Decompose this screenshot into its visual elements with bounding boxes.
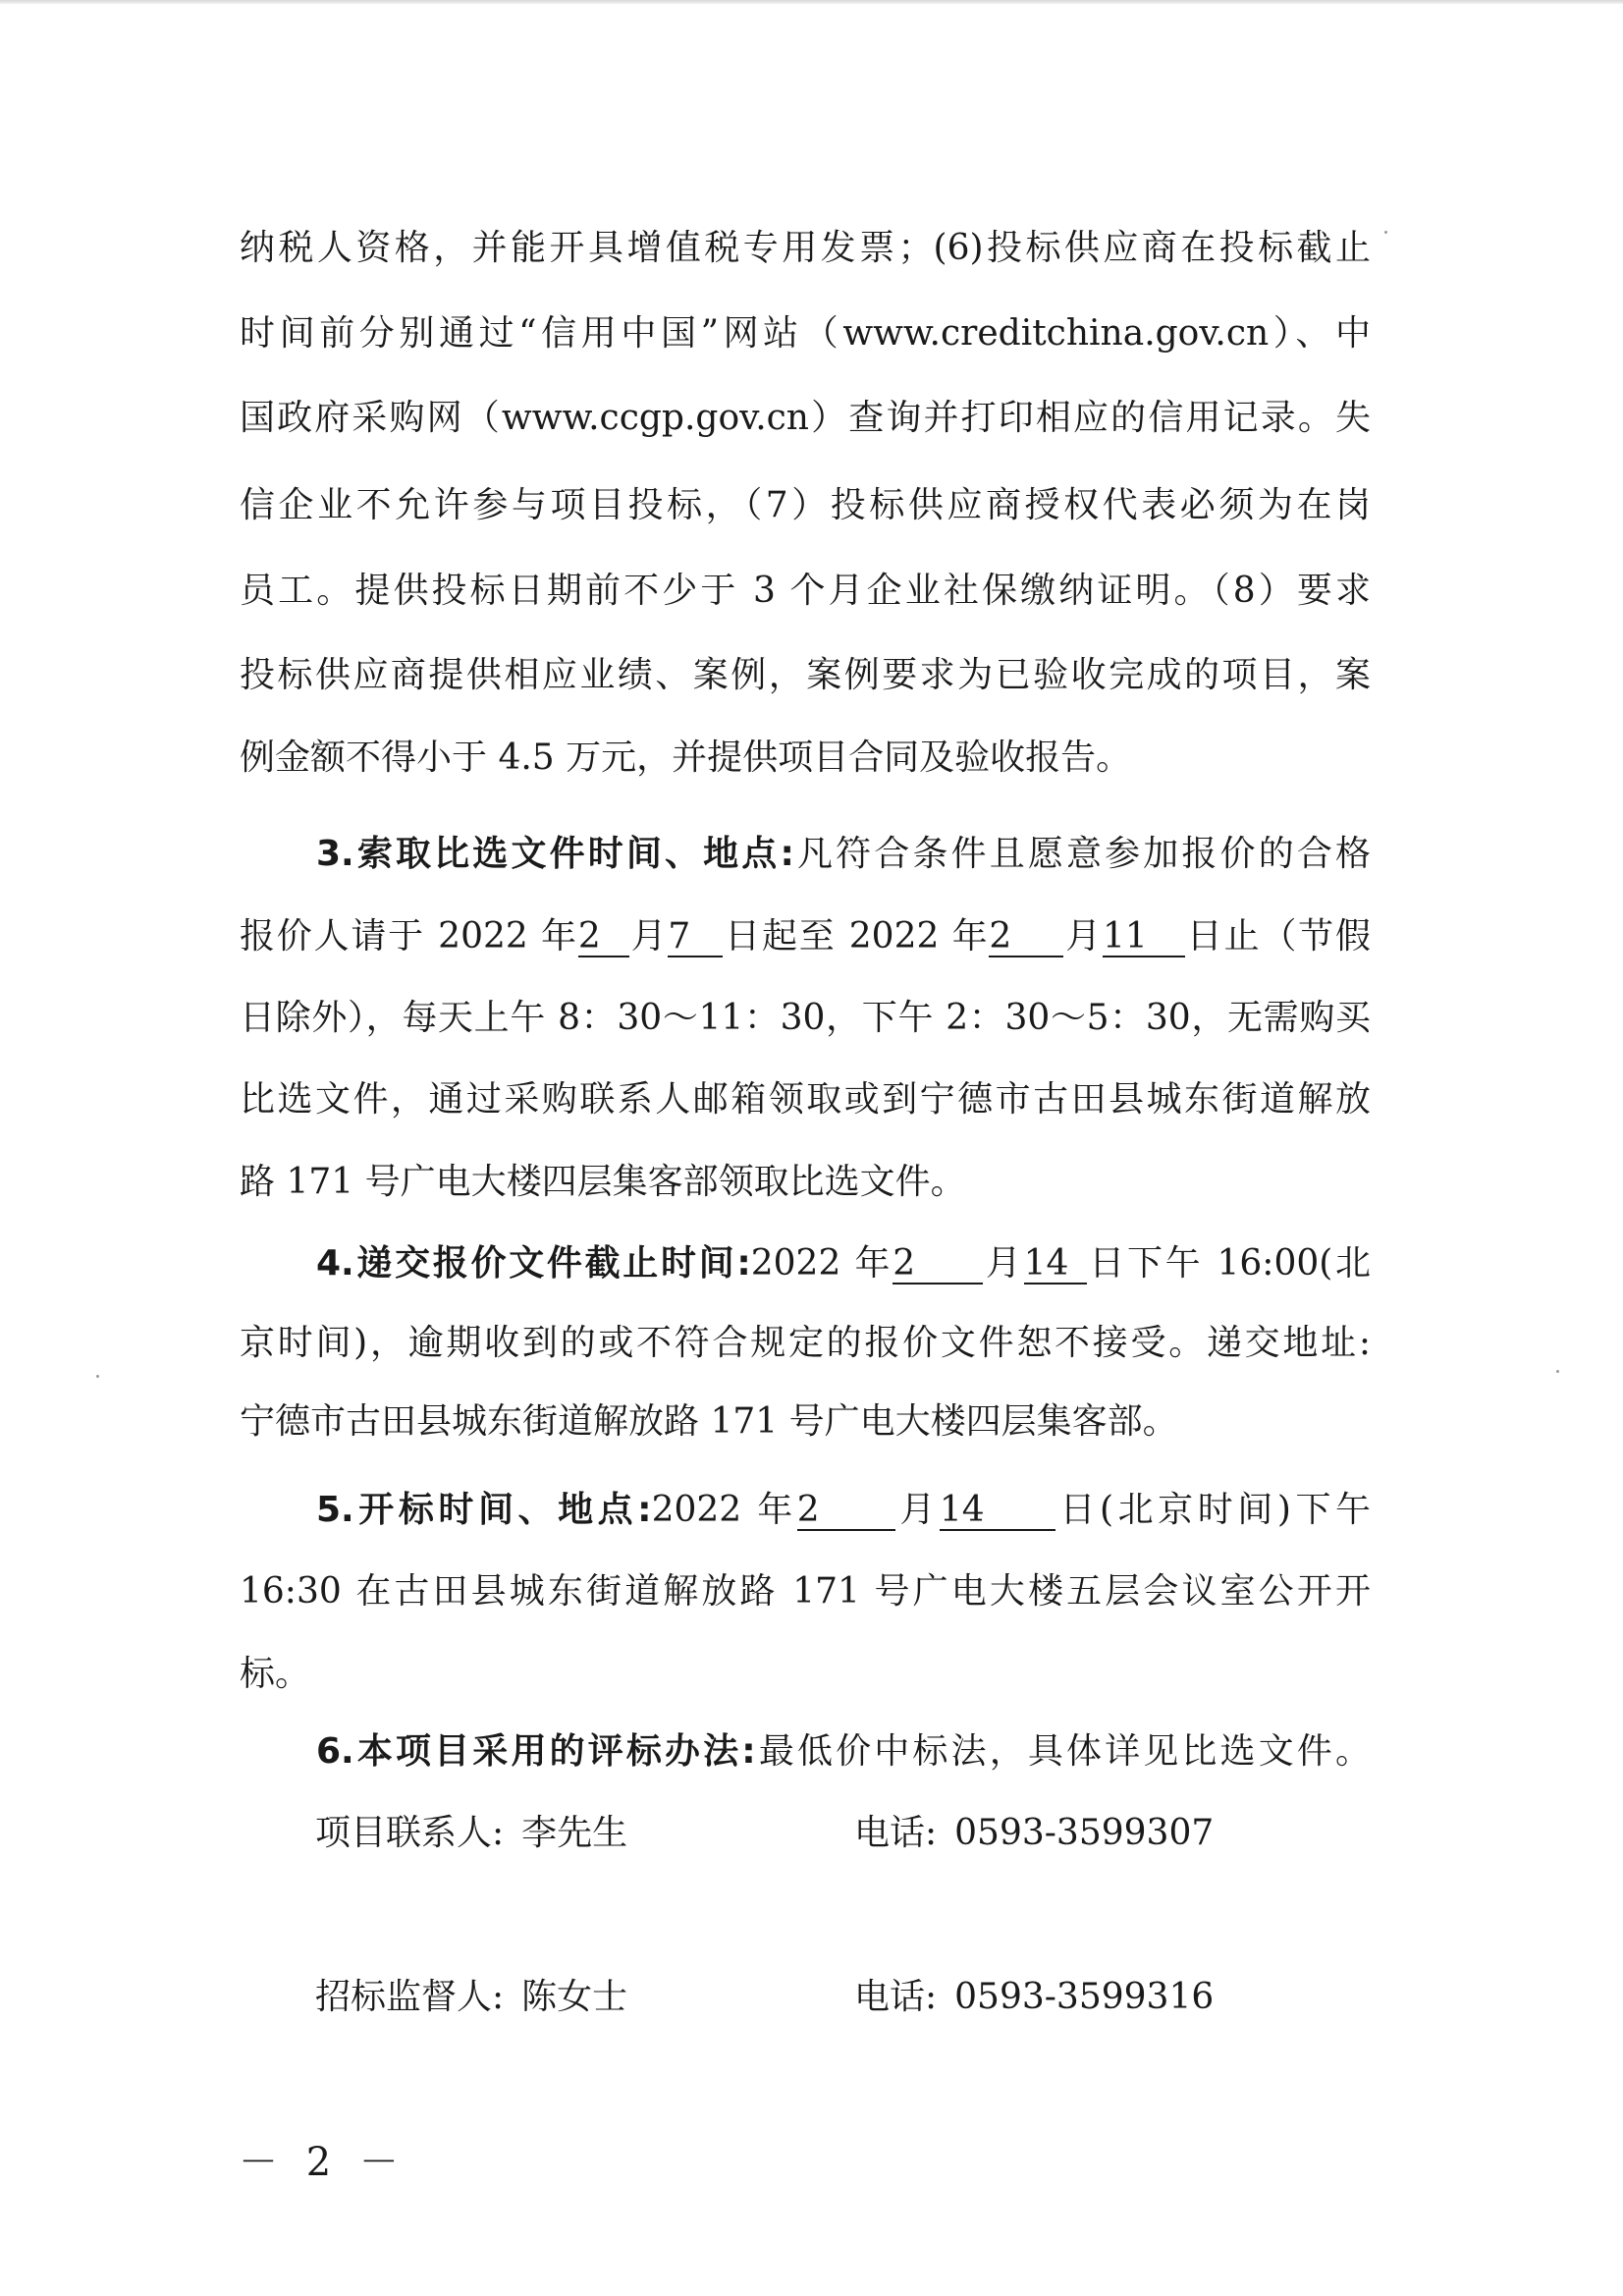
start-month-blank: 2 [578,918,629,957]
month-blank: 2 [893,1245,983,1285]
section-5-line-3: 标。 [240,1653,1371,1696]
contact-phone: 电话: 0593-3599307 [854,1812,1214,1855]
section-6-heading: 6.本项目采用的评标办法: [316,1731,756,1772]
day-blank: 14 [1024,1245,1087,1285]
contact-role-name: 项目联系人: 李先生 [315,1812,627,1855]
contact-phone: 电话: 0593-3599316 [854,1976,1214,2019]
paragraph-line: 纳税人资格，并能开具增值税专用发票；(6)投标供应商在投标截止 [240,227,1371,270]
date-suffix: 日(北京时间)下午 [1055,1490,1371,1530]
contact-name: 陈女士 [521,1977,627,2017]
phone-number: 0593-3599316 [954,1977,1214,2017]
scan-speck [1556,1370,1559,1373]
section-5-line-2: 16:30 在古田县城东街道解放路 171 号广电大楼五层会议室公开开 [240,1570,1371,1613]
end-day-blank: 11 [1103,918,1185,957]
month-label: 月 [629,916,669,957]
scan-speck [96,1375,99,1378]
date-prefix: 2022 年 [652,1490,797,1530]
scan-speck [1384,231,1387,234]
month-label: 月 [983,1243,1023,1284]
section-4-heading: 4.递交报价文件截止时间: [316,1243,751,1284]
paragraph-line: 国政府采购网（www.ccgp.gov.cn）查询并打印相应的信用记录。失 [240,397,1371,440]
contact-role-label: 项目联系人: [315,1813,504,1853]
date-prefix: 2022 年 [751,1243,893,1284]
phone-number: 0593-3599307 [954,1813,1214,1853]
month-label: 月 [1063,916,1103,957]
section-5-heading: 5.开标时间、地点: [316,1490,652,1530]
section-4-line-2: 京时间)，逾期收到的或不符合规定的报价文件恕不接受。递交地址: [240,1322,1371,1365]
contact-role-label: 招标监督人: [315,1977,504,2017]
section-3-text: 凡符合条件且愿意参加报价的合格 [794,834,1371,874]
start-day-blank: 7 [668,918,723,957]
section-6-line-1: 6.本项目采用的评标办法:最低价中标法，具体详见比选文件。 [316,1730,1371,1774]
phone-label: 电话: [854,1977,937,2017]
date-suffix: 日下午 16:00(北 [1087,1243,1371,1284]
section-3-line-4: 比选文件，通过采购联系人邮箱领取或到宁德市古田县城东街道解放 [240,1078,1371,1121]
date-prefix: 报价人请于 2022 年 [240,916,578,957]
paragraph-line: 员工。提供投标日期前不少于 3 个月企业社保缴纳证明。（8）要求 [240,570,1371,613]
day-blank: 14 [940,1492,1055,1531]
phone-label: 电话: [854,1813,937,1853]
section-3-line-3: 日除外），每天上午 8：30～11：30，下午 2：30～5：30，无需购买 [240,997,1371,1040]
month-blank: 2 [797,1492,895,1531]
scan-edge [0,0,1623,4]
end-month-blank: 2 [989,918,1063,957]
section-4-line-3: 宁德市古田县城东街道解放路 171 号广电大楼四层集客部。 [240,1400,1371,1444]
paragraph-line: 投标供应商提供相应业绩、案例，案例要求为已验收完成的项目，案 [240,654,1371,697]
section-3-line-2: 报价人请于 2022 年2月7日起至 2022 年2月11日止（节假 [240,915,1371,958]
section-3-line-5: 路 171 号广电大楼四层集客部领取比选文件。 [240,1161,1371,1204]
section-3-line-1: 3.索取比选文件时间、地点:凡符合条件且愿意参加报价的合格 [316,833,1371,876]
month-label: 月 [895,1490,940,1530]
contact-name: 李先生 [521,1813,627,1853]
section-3-heading: 3.索取比选文件时间、地点: [316,834,794,874]
page-number: － 2 － [239,2141,406,2184]
section-5-line-1: 5.开标时间、地点:2022 年2月14日(北京时间)下午 [316,1489,1371,1532]
section-4-line-1: 4.递交报价文件截止时间:2022 年2月14日下午 16:00(北 [316,1242,1371,1285]
paragraph-line: 时间前分别通过“信用中国”网站（www.creditchina.gov.cn）、… [240,312,1371,355]
section-6-text: 最低价中标法，具体详见比选文件。 [756,1731,1371,1772]
date-mid: 日起至 2022 年 [723,916,989,957]
date-suffix: 日止（节假 [1185,916,1371,957]
paragraph-line: 信企业不允许参与项目投标，（7）投标供应商授权代表必须为在岗 [240,484,1371,527]
contact-role-name: 招标监督人: 陈女士 [315,1976,627,2019]
paragraph-line: 例金额不得小于 4.5 万元，并提供项目合同及验收报告。 [240,737,1371,780]
